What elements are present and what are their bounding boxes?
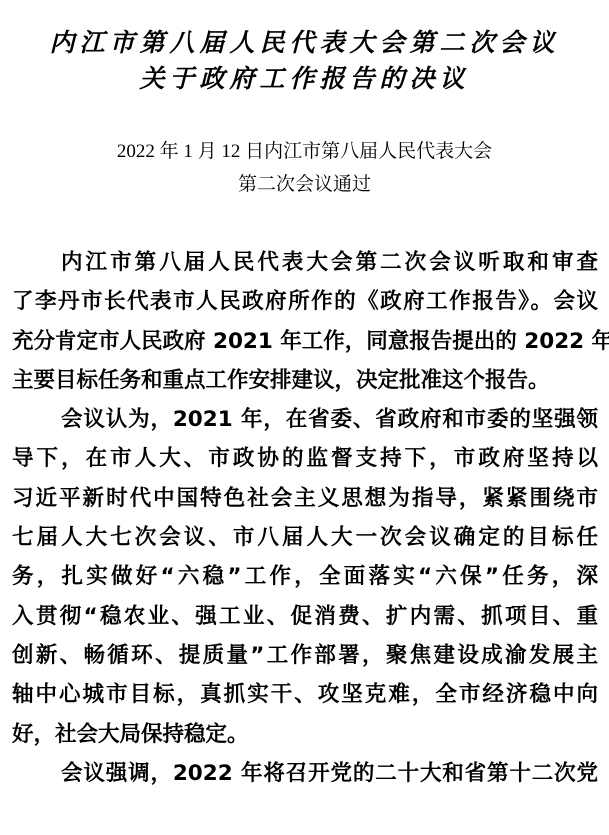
paragraph-line: 会议认为，2021 年，在省委、省政府和市委的坚强领 [12,400,598,439]
paragraph-line: 了李丹市长代表市人民政府所作的《政府工作报告》。会议 [12,282,598,321]
adoption-note-line-1: 2022 年 1 月 12 日内江市第八届人民代表大会 [0,140,609,164]
paragraph-line: 主要目标任务和重点工作安排建议，决定批准这个报告。 [12,361,598,400]
paragraph-line: 习近平新时代中国特色社会主义思想为指导，紧紧围绕市 [12,479,598,518]
document-title-line-1: 内江市第八届人民代表大会第二次会议 [0,28,609,58]
paragraph-1: 内江市第八届人民代表大会第二次会议听取和审查 了李丹市长代表市人民政府所作的《政… [12,243,598,400]
paragraph-3: 会议强调，2022 年将召开党的二十大和省第十二次党 [12,754,598,793]
paragraph-line: 会议强调，2022 年将召开党的二十大和省第十二次党 [12,754,598,793]
document-page: 内江市第八届人民代表大会第二次会议 关于政府工作报告的决议 2022 年 1 月… [0,0,609,835]
adoption-note-line-2: 第二次会议通过 [0,173,609,197]
paragraph-line: 导下，在市人大、市政协的监督支持下，市政府坚持以 [12,439,598,478]
paragraph-line: 内江市第八届人民代表大会第二次会议听取和审查 [12,243,598,282]
paragraph-line: 充分肯定市人民政府 2021 年工作，同意报告提出的 2022 年 [12,322,598,361]
paragraph-line: 务，扎实做好“六稳”工作，全面落实“六保”任务，深 [12,557,598,596]
paragraph-line: 七届人大七次会议、市八届人大一次会议确定的目标任 [12,518,598,557]
document-title-line-2: 关于政府工作报告的决议 [0,64,609,94]
paragraph-line: 创新、畅循环、提质量”工作部署，聚焦建设成渝发展主 [12,636,598,675]
paragraph-line: 入贯彻“稳农业、强工业、促消费、扩内需、抓项目、重 [12,597,598,636]
paragraph-line: 好，社会大局保持稳定。 [12,715,598,754]
paragraph-2: 会议认为，2021 年，在省委、省政府和市委的坚强领 导下，在市人大、市政协的监… [12,400,598,754]
paragraph-line: 轴中心城市目标，真抓实干、攻坚克难，全市经济稳中向 [12,675,598,714]
document-body: 内江市第八届人民代表大会第二次会议听取和审查 了李丹市长代表市人民政府所作的《政… [12,243,598,793]
